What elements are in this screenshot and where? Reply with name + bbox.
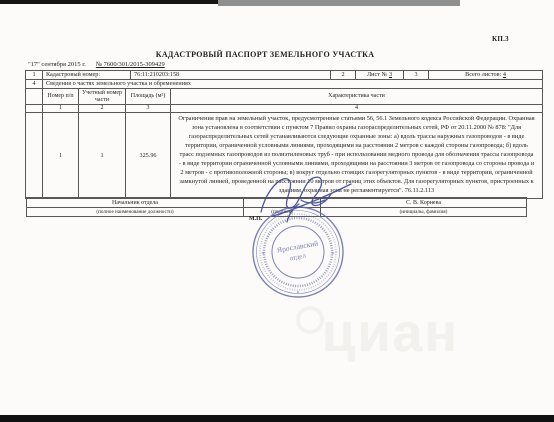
signature-table: Начальник отдела С. В. Корнева (полное н… xyxy=(26,197,527,217)
row-index: 1 xyxy=(26,71,43,79)
sign-hint: (подпись) xyxy=(244,208,321,216)
col-header-part-number: Учетный номер части xyxy=(79,89,126,104)
header-spacer xyxy=(26,89,43,104)
col-number: 2 xyxy=(79,105,126,112)
col-number: 1 xyxy=(43,105,79,112)
cadastral-number-label: Кадастровый номер: xyxy=(43,71,131,79)
cadastral-number-value: 76:11:210203:158 xyxy=(131,71,331,79)
stamp-inner-text-1: Ярославский xyxy=(276,238,319,254)
cian-watermark: циан xyxy=(322,302,459,364)
table-data-row: 1 1 325.96 Ограничения прав на земельный… xyxy=(26,113,542,198)
row-index: 3 xyxy=(404,71,429,79)
data-characteristic: Ограничения прав на земельный участок, п… xyxy=(171,113,542,198)
data-spacer xyxy=(26,113,43,198)
table-header-row: Номер п/п Учетный номер части Площадь (м… xyxy=(26,89,542,105)
col-header-number: Номер п/п xyxy=(43,89,79,104)
col-number: 4 xyxy=(171,105,542,112)
document-title: КАДАСТРОВЫЙ ПАСПОРТ ЗЕМЕЛЬНОГО УЧАСТКА xyxy=(0,50,542,59)
table-column-numbers-row: 1 2 3 4 xyxy=(26,105,542,113)
data-part-number: 1 xyxy=(79,113,126,198)
official-name: С. В. Корнева xyxy=(321,198,526,207)
watermark-logo-ring xyxy=(296,306,324,334)
document-date: "17" сентября 2015 г. xyxy=(28,61,86,68)
date-and-number-line: "17" сентября 2015 г.№ 7600/301/2015-309… xyxy=(28,61,165,68)
row-index: 4 xyxy=(26,80,43,88)
official-position: Начальник отдела xyxy=(27,198,244,207)
scan-artifact-top-grey xyxy=(218,0,460,6)
main-table: 1 Кадастровый номер: 76:11:210203:158 2 … xyxy=(25,70,543,199)
data-number: 1 xyxy=(43,113,79,198)
col-header-area: Площадь (м²) xyxy=(126,89,171,104)
col-number: 3 xyxy=(126,105,171,112)
form-code: КП.3 xyxy=(492,35,509,43)
data-area: 325.96 xyxy=(126,113,171,198)
signature-row-hints: (полное наименование должности) (подпись… xyxy=(27,208,526,216)
scan-artifact-bottom-black xyxy=(0,415,554,422)
svg-text:*: * xyxy=(297,291,300,297)
sheet-number: Лист № 3 xyxy=(356,71,404,79)
signature-cell xyxy=(244,198,321,207)
name-hint: (инициалы, фамилия) xyxy=(321,208,526,216)
stamp-inner-text-2: отдел xyxy=(289,252,307,263)
col-header-characteristic: Характеристика части xyxy=(171,89,542,104)
section-title: Сведения о частях земельного участка и о… xyxy=(43,80,542,88)
scan-artifact-top-black xyxy=(0,0,218,4)
document-number: № 7600/301/2015-309429 xyxy=(96,61,165,68)
row-index: 2 xyxy=(331,71,356,79)
position-hint: (полное наименование должности) xyxy=(27,208,244,216)
table-row-section-header: 4 Сведения о частях земельного участка и… xyxy=(26,80,542,89)
svg-text:*: * xyxy=(262,252,265,258)
cadastral-passport-scan: циан КП.3 КАДАСТРОВЫЙ ПАСПОРТ ЗЕМЕЛЬНОГО… xyxy=(0,0,554,422)
svg-text:*: * xyxy=(332,252,335,258)
total-sheets: Всего листов: 4 xyxy=(429,71,542,79)
header-spacer xyxy=(26,105,43,112)
seal-place-label: М.П. xyxy=(249,216,262,222)
table-row-cadastral-number: 1 Кадастровый номер: 76:11:210203:158 2 … xyxy=(26,71,542,80)
signature-row-values: Начальник отдела С. В. Корнева xyxy=(27,198,526,208)
